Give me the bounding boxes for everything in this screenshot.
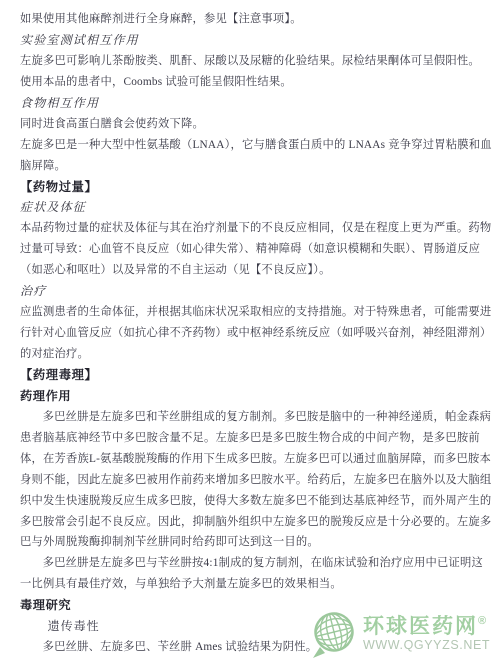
text-line: 【药物过量】 (20, 177, 462, 198)
text-line: 巴与外周脱羧酶抑制剂苄丝肼同时给药即可达到这一目的。 (20, 532, 462, 553)
text-line: 一比例具有最佳疗效，与单独给予大剂量左旋多巴的效果相当。 (20, 574, 462, 595)
text-line: 织中发生快速脱羧反应生成多巴胺，使得大多数左旋多巴不能到达基底神经节，而外周产生… (20, 491, 462, 512)
globe-icon (310, 610, 358, 660)
text-line: 的对症治疗。 (20, 344, 462, 365)
text-line: 左旋多巴是一种大型中性氨基酸（LNAA），它与膳食蛋白质中的 LNAAs 竞争穿… (20, 135, 462, 156)
text-line: 多巴丝肼是左旋多巴与苄丝肼按4:1制成的复方制剂，在临床试验和治疗应用中已证明这 (20, 553, 462, 574)
text-line: 多巴胺常会引起不良反应。因此，抑制脑外组织中左旋多巴的脱羧反应是十分必要的。左旋… (20, 512, 462, 533)
text-line: 应监测患者的生命体征，并根据其临床状况采取相应的支持措施。对于特殊患者，可能需要… (20, 302, 462, 323)
watermark-url: WWW.QGYYZS.NET (363, 638, 490, 653)
heading-pharmacology-toxicology: 【药理毒理】 (20, 365, 462, 386)
paragraph-pharmacology-1: 多巴丝肼是左旋多巴和苄丝肼组成的复方制剂。多巴胺是脑中的一种神经递质，帕金森病患… (20, 407, 462, 554)
paragraph-lab-results: 左旋多巴可影响儿茶酚胺类、肌酐、尿酸以及尿糖的化验结果。尿检结果酮体可呈假阳性。 (20, 51, 462, 72)
paragraph-pharmacology-2: 多巴丝肼是左旋多巴与苄丝肼按4:1制成的复方制剂，在临床试验和治疗应用中已证明这… (20, 553, 462, 595)
watermark: 环球医药网® WWW.QGYYZS.NET (310, 610, 490, 660)
text-line: 食物相互作用 (20, 93, 462, 114)
document-page: 如果使用其他麻醉剂进行全身麻醉，参见【注意事项】。实验室测试相互作用左旋多巴可影… (0, 0, 492, 668)
watermark-name: 环球医药网 (363, 615, 478, 638)
heading-lab-test-interactions: 实验室测试相互作用 (20, 30, 462, 51)
text-line: 治疗 (20, 281, 462, 302)
text-line: 症状及体征 (20, 197, 462, 218)
text-line: 患者脑基底神经节中多巴胺含量不足。左旋多巴是多巴胺生物合成的中间产物，是多巴胺前 (20, 428, 462, 449)
paragraph-treatment: 应监测患者的生命体征，并根据其临床状况采取相应的支持措施。对于特殊患者，可能需要… (20, 302, 462, 365)
text-line: 使用本品的患者中，Coombs 试验可能呈假阳性结果。 (20, 72, 462, 93)
heading-treatment: 治疗 (20, 281, 462, 302)
heading-symptoms-signs: 症状及体征 (20, 197, 462, 218)
text-line: 实验室测试相互作用 (20, 30, 462, 51)
heading-food-interactions: 食物相互作用 (20, 93, 462, 114)
document-text: 如果使用其他麻醉剂进行全身麻醉，参见【注意事项】。实验室测试相互作用左旋多巴可影… (20, 9, 462, 658)
text-line: 【药理毒理】 (20, 365, 462, 386)
text-line: 脑屏障。 (20, 156, 462, 177)
text-line: 左旋多巴可影响儿茶酚胺类、肌酐、尿酸以及尿糖的化验结果。尿检结果酮体可呈假阳性。 (20, 51, 462, 72)
text-line: 本品药物过量的症状及体征与其在治疗剂量下的不良反应相同，仅是在程度上更为严重。药… (20, 218, 462, 239)
text-line: 过量可导致：心血管不良反应（如心律失常）、精神障碍（如意识模糊和失眠）、胃肠道反… (20, 239, 462, 260)
registered-trademark-icon: ® (478, 615, 486, 627)
paragraph-lnaa: 左旋多巴是一种大型中性氨基酸（LNAA），它与膳食蛋白质中的 LNAAs 竞争穿… (20, 135, 462, 177)
text-line: 体，在芳香族L-氨基酸脱羧酶的作用下生成多巴胺。左旋多巴可以通过血脑屏障，而多巴… (20, 449, 462, 470)
text-line: 同时进食高蛋白膳食会使药效下降。 (20, 114, 462, 135)
text-line: 药理作用 (20, 386, 462, 407)
paragraph-coombs: 使用本品的患者中，Coombs 试验可能呈假阳性结果。 (20, 72, 462, 93)
paragraph-overdose-symptoms: 本品药物过量的症状及体征与其在治疗剂量下的不良反应相同，仅是在程度上更为严重。药… (20, 218, 462, 281)
text-line: 多巴丝肼是左旋多巴和苄丝肼组成的复方制剂。多巴胺是脑中的一种神经递质，帕金森病 (20, 407, 462, 428)
text-line: 如果使用其他麻醉剂进行全身麻醉，参见【注意事项】。 (20, 9, 462, 30)
text-line: 身则不能，因此左旋多巴被用作前药来增加多巴胺水平。给药后，左旋多巴在脑外以及大脑… (20, 470, 462, 491)
heading-overdose: 【药物过量】 (20, 177, 462, 198)
text-line: （如恶心和呕吐）以及异常的不自主运动（见【不良反应】）。 (20, 260, 462, 281)
text-line: 行针对心血管反应（如抗心律不齐药物）或中枢神经系统反应（如呼吸兴奋剂，神经阻滞剂… (20, 323, 462, 344)
paragraph-protein-diet: 同时进食高蛋白膳食会使药效下降。 (20, 114, 462, 135)
paragraph-anesthesia-note: 如果使用其他麻醉剂进行全身麻醉，参见【注意事项】。 (20, 9, 462, 30)
heading-pharmacologic-action: 药理作用 (20, 386, 462, 407)
